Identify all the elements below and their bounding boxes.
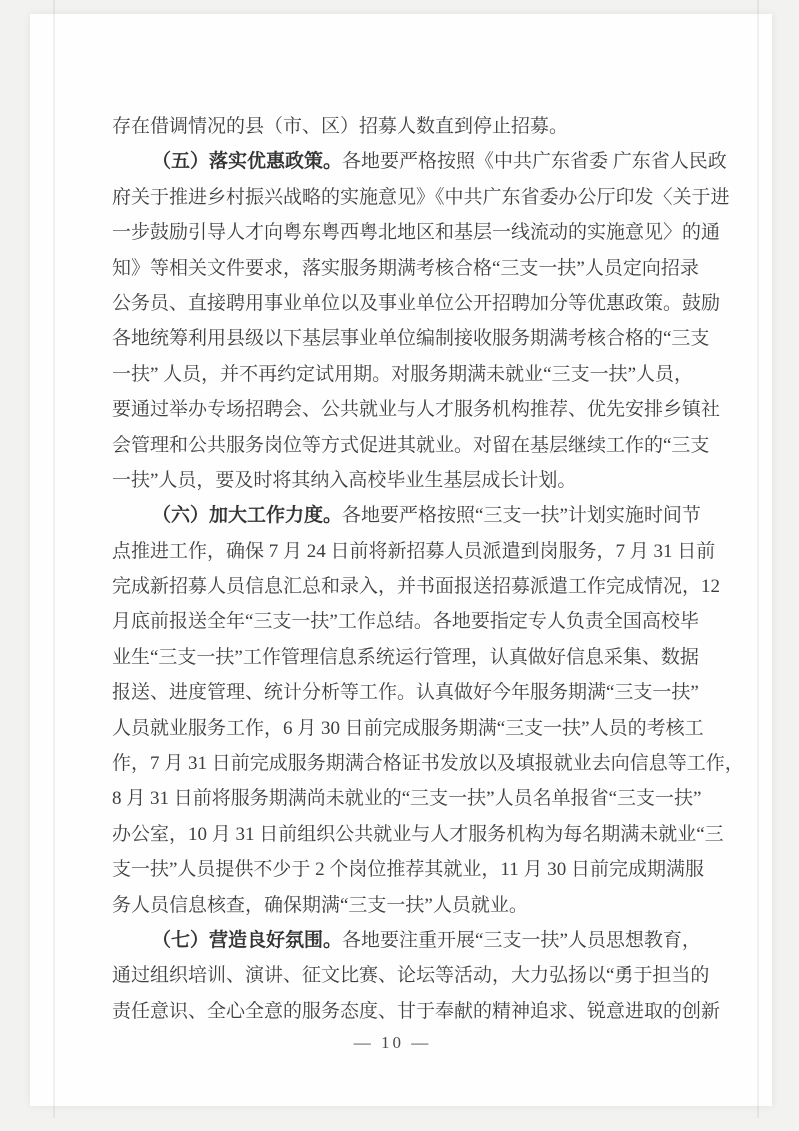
text-line: 通过组织培训、演讲、征文比赛、论坛等活动，大力弘扬以“勇于担当的	[112, 958, 713, 993]
text-line: 月底前报送全年“三支一扶”工作总结。各地要指定专人负责全国高校毕	[112, 604, 713, 639]
text-run: 各地要严格按照《中共广东省委 广东省人民政	[342, 151, 727, 172]
text-run: 各地要注重开展“三支一扶”人员思想教育，	[342, 930, 701, 951]
text-run: 各地要严格按照“三支一扶”计划实施时间节	[342, 505, 701, 526]
text-run: 知》等相关文件要求，落实服务期满考核合格“三支一扶”人员定向招录	[112, 258, 699, 279]
text-run: 各地统筹利用县级以下基层事业单位编制接收服务期满考核合格的“三支	[112, 328, 709, 349]
text-run: 一扶” 人员，并不再约定试用期。对服务期满未就业“三支一扶”人员，	[112, 364, 693, 385]
text-run: 业生“三支一扶”工作管理信息系统运行管理，认真做好信息采集、数据	[112, 647, 699, 668]
text-line: 点推进工作，确保 7 月 24 日前将新招募人员派遣到岗服务，7 月 31 日前	[112, 534, 713, 569]
text-line: 办公室，10 月 31 日前组织公共就业与人才服务机构为每名期满未就业“三	[112, 817, 713, 852]
text-run: 月底前报送全年“三支一扶”工作总结。各地要指定专人负责全国高校毕	[112, 611, 699, 632]
text-run: 会管理和公共服务岗位等方式促进其就业。对留在基层继续工作的“三支	[112, 435, 709, 456]
text-run: 府关于推进乡村振兴战略的实施意见》《中共广东省委办公厅印发〈关于进	[112, 187, 730, 208]
text-line: 8 月 31 日前将服务期满尚未就业的“三支一扶”人员名单报省“三支一扶”	[112, 781, 713, 816]
text-run: 存在借调情况的县（市、区）招募人数直到停止招募。	[112, 116, 568, 137]
scan-left-edge-line	[53, 0, 55, 1118]
text-line: 要通过举办专场招聘会、公共就业与人才服务机构推荐、优先安排乡镇社	[112, 392, 713, 427]
text-line: 府关于推进乡村振兴战略的实施意见》《中共广东省委办公厅印发〈关于进	[112, 180, 713, 215]
text-run: 完成新招募人员信息汇总和录入，并书面报送招募派遣工作完成情况，12	[112, 576, 720, 597]
paragraph-heading: （六）加大工作力度。	[152, 505, 342, 526]
text-line: 业生“三支一扶”工作管理信息系统运行管理，认真做好信息采集、数据	[112, 640, 713, 675]
text-line: 作，7 月 31 日前完成服务期满合格证书发放以及填报就业去向信息等工作，	[112, 746, 713, 781]
text-run: 8 月 31 日前将服务期满尚未就业的“三支一扶”人员名单报省“三支一扶”	[112, 788, 701, 809]
text-line: 一扶” 人员，并不再约定试用期。对服务期满未就业“三支一扶”人员，	[112, 357, 713, 392]
text-line: 完成新招募人员信息汇总和录入，并书面报送招募派遣工作完成情况，12	[112, 569, 713, 604]
text-run: 报送、进度管理、统计分析等工作。认真做好今年服务期满“三支一扶”	[112, 682, 699, 703]
text-line: 会管理和公共服务岗位等方式促进其就业。对留在基层继续工作的“三支	[112, 428, 713, 463]
text-line: （七）营造良好氛围。各地要注重开展“三支一扶”人员思想教育，	[112, 923, 713, 958]
text-line: 务人员信息核查，确保期满“三支一扶”人员就业。	[112, 888, 713, 923]
text-line: 一步鼓励引导人才向粤东粤西粤北地区和基层一线流动的实施意见〉的通	[112, 215, 713, 250]
text-run: 责任意识、全心全意的服务态度、甘于奉献的精神追求、锐意进取的创新	[112, 1001, 720, 1022]
paragraph-heading: （五）落实优惠政策。	[152, 151, 342, 172]
text-line: 责任意识、全心全意的服务态度、甘于奉献的精神追求、锐意进取的创新	[112, 994, 713, 1029]
text-line: 人员就业服务工作，6 月 30 日前完成服务期满“三支一扶”人员的考核工	[112, 711, 713, 746]
text-run: 一扶”人员，要及时将其纳入高校毕业生基层成长计划。	[112, 470, 576, 491]
text-run: 人员就业服务工作，6 月 30 日前完成服务期满“三支一扶”人员的考核工	[112, 718, 704, 739]
text-run: 公务员、直接聘用事业单位以及事业单位公开招聘加分等优惠政策。鼓励	[112, 293, 720, 314]
text-line: （五）落实优惠政策。各地要严格按照《中共广东省委 广东省人民政	[112, 144, 713, 179]
text-run: 办公室，10 月 31 日前组织公共就业与人才服务机构为每名期满未就业“三	[112, 824, 724, 845]
text-run: 务人员信息核查，确保期满“三支一扶”人员就业。	[112, 895, 528, 916]
text-line: 支一扶”人员提供不少于 2 个岗位推荐其就业，11 月 30 日前完成期满服	[112, 852, 713, 887]
text-line: 知》等相关文件要求，落实服务期满考核合格“三支一扶”人员定向招录	[112, 251, 713, 286]
paragraph-heading: （七）营造良好氛围。	[152, 930, 342, 951]
text-run: 点推进工作，确保 7 月 24 日前将新招募人员派遣到岗服务，7 月 31 日前	[112, 541, 715, 562]
text-line: 各地统筹利用县级以下基层事业单位编制接收服务期满考核合格的“三支	[112, 321, 713, 356]
scan-right-edge-line	[757, 0, 759, 1118]
text-line: （六）加大工作力度。各地要严格按照“三支一扶”计划实施时间节	[112, 498, 713, 533]
text-run: 支一扶”人员提供不少于 2 个岗位推荐其就业，11 月 30 日前完成期满服	[112, 859, 704, 880]
text-run: 一步鼓励引导人才向粤东粤西粤北地区和基层一线流动的实施意见〉的通	[112, 222, 720, 243]
text-line: 一扶”人员，要及时将其纳入高校毕业生基层成长计划。	[112, 463, 713, 498]
text-run: 要通过举办专场招聘会、公共就业与人才服务机构推荐、优先安排乡镇社	[112, 399, 720, 420]
text-line: 公务员、直接聘用事业单位以及事业单位公开招聘加分等优惠政策。鼓励	[112, 286, 713, 321]
text-line: 存在借调情况的县（市、区）招募人数直到停止招募。	[112, 109, 713, 144]
text-run: 通过组织培训、演讲、征文比赛、论坛等活动，大力弘扬以“勇于担当的	[112, 965, 709, 986]
text-run: 作，7 月 31 日前完成服务期满合格证书发放以及填报就业去向信息等工作，	[112, 753, 744, 774]
text-line: 报送、进度管理、统计分析等工作。认真做好今年服务期满“三支一扶”	[112, 675, 713, 710]
document-body-text: 存在借调情况的县（市、区）招募人数直到停止招募。（五）落实优惠政策。各地要严格按…	[112, 109, 713, 1029]
page-number: — 10 —	[92, 1032, 693, 1054]
